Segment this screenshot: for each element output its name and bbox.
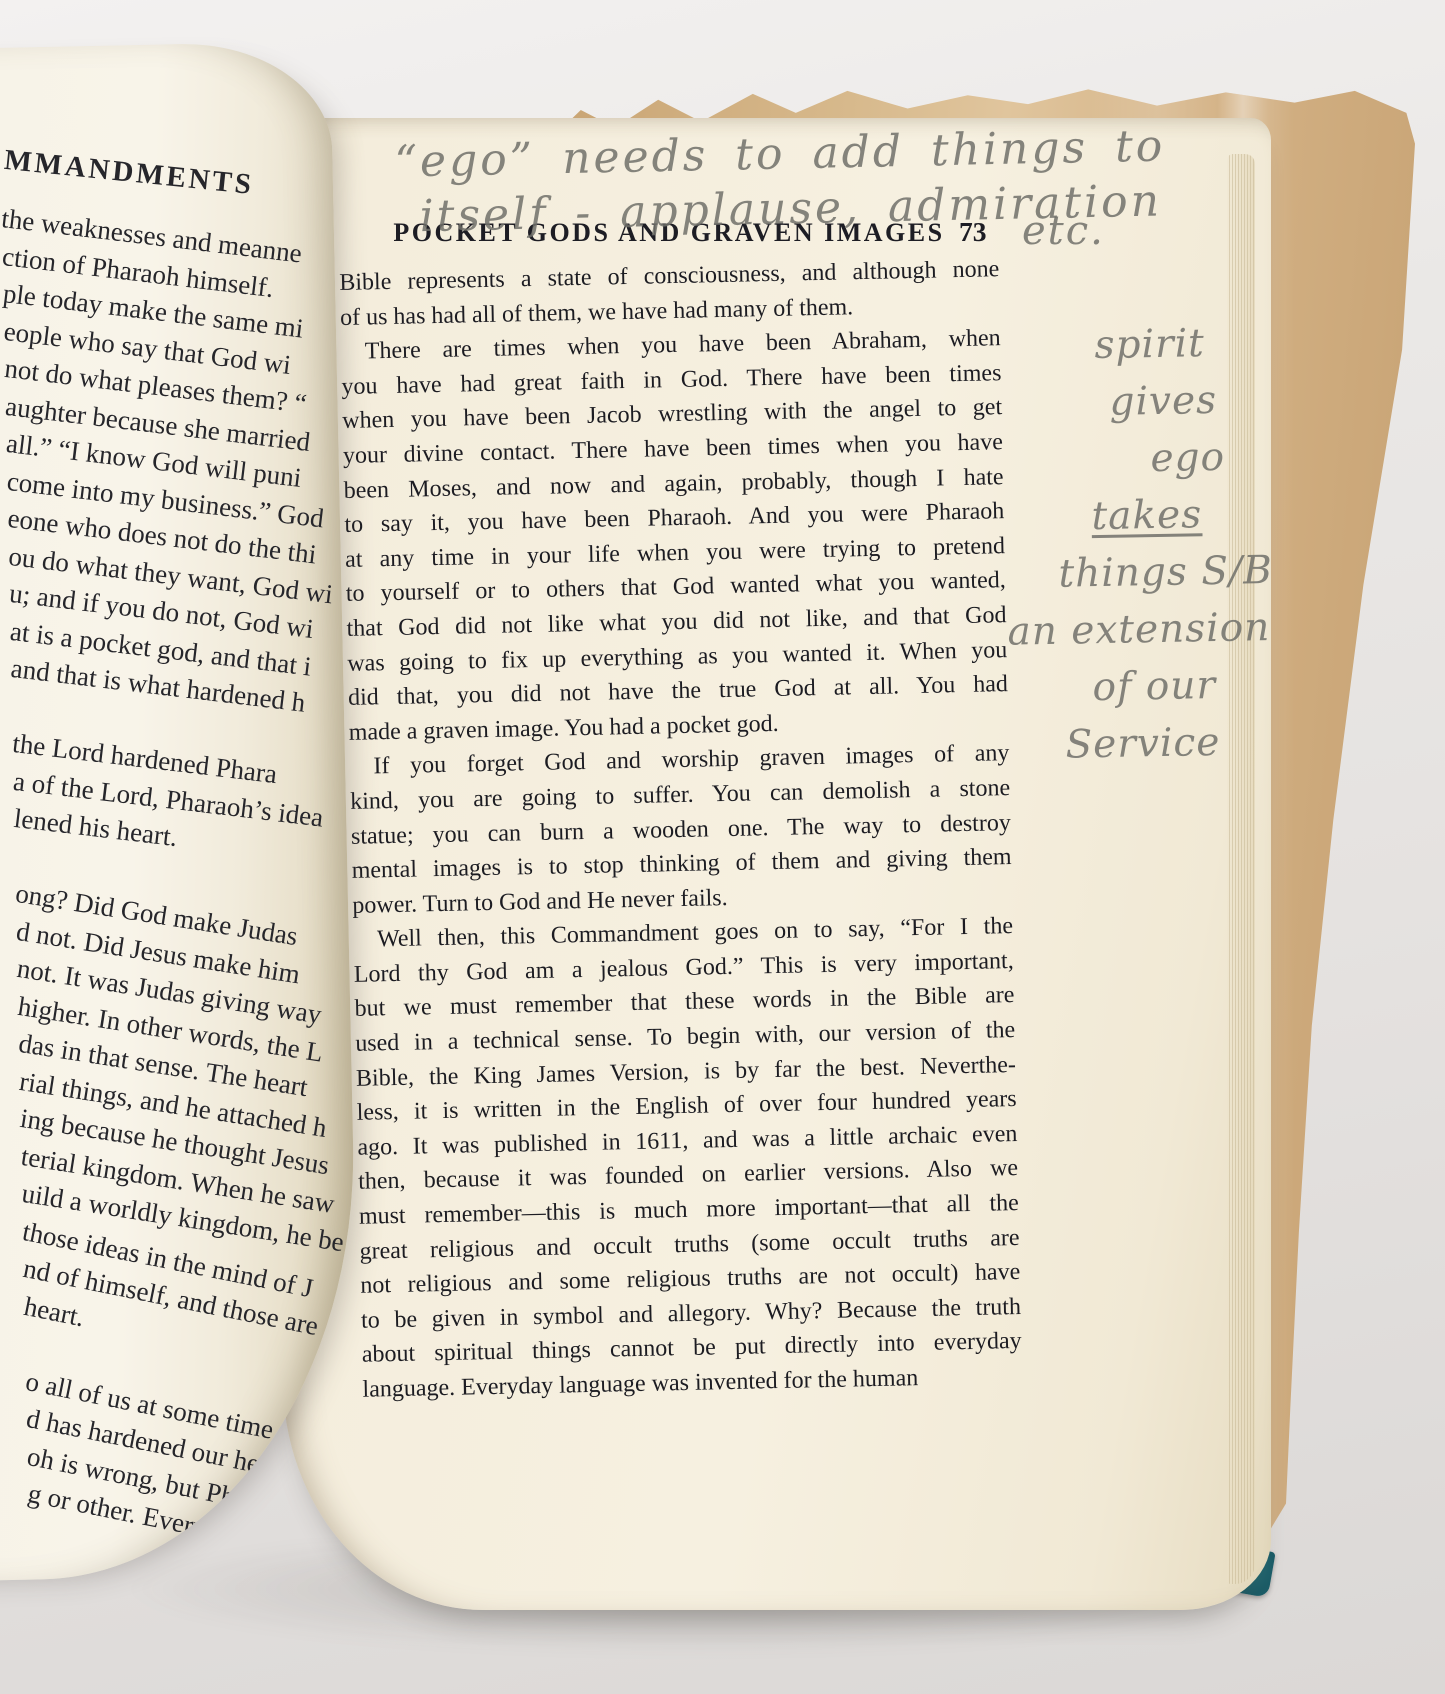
text-line: of our (1092, 655, 1325, 716)
left-page: MMANDMENTS the weaknesses and meannectio… (0, 41, 362, 1583)
text-line: ego (1150, 427, 1321, 487)
text-line: takes (1091, 484, 1322, 545)
paragraph: If you forget God and worship graven ima… (349, 736, 1012, 923)
body-text: Bible represents a state of consciousnes… (339, 252, 1023, 1407)
paragraph: There are times when you have been Abrah… (340, 321, 1009, 750)
paragraph: Well then, this Commandment goes on to s… (353, 909, 1023, 1407)
photo-of-open-book: POCKET GODS AND GRAVEN IMAGES 73 Bible r… (0, 0, 1445, 1694)
text-line: spirit (1094, 313, 1319, 374)
left-body-text: the weaknesses and meannection of Pharao… (1, 186, 362, 1512)
text-line: things S/B (1058, 541, 1323, 603)
handwritten-note-etc: etc. (1022, 208, 1105, 254)
handwritten-margin-notes: spiritgivesegotakesthings S/Ban extensio… (988, 313, 1326, 775)
text-line: an extension (1007, 598, 1324, 661)
left-running-head: MMANDMENTS (3, 144, 256, 202)
text-line: Service (1065, 712, 1326, 774)
text-line: gives (1109, 370, 1320, 431)
